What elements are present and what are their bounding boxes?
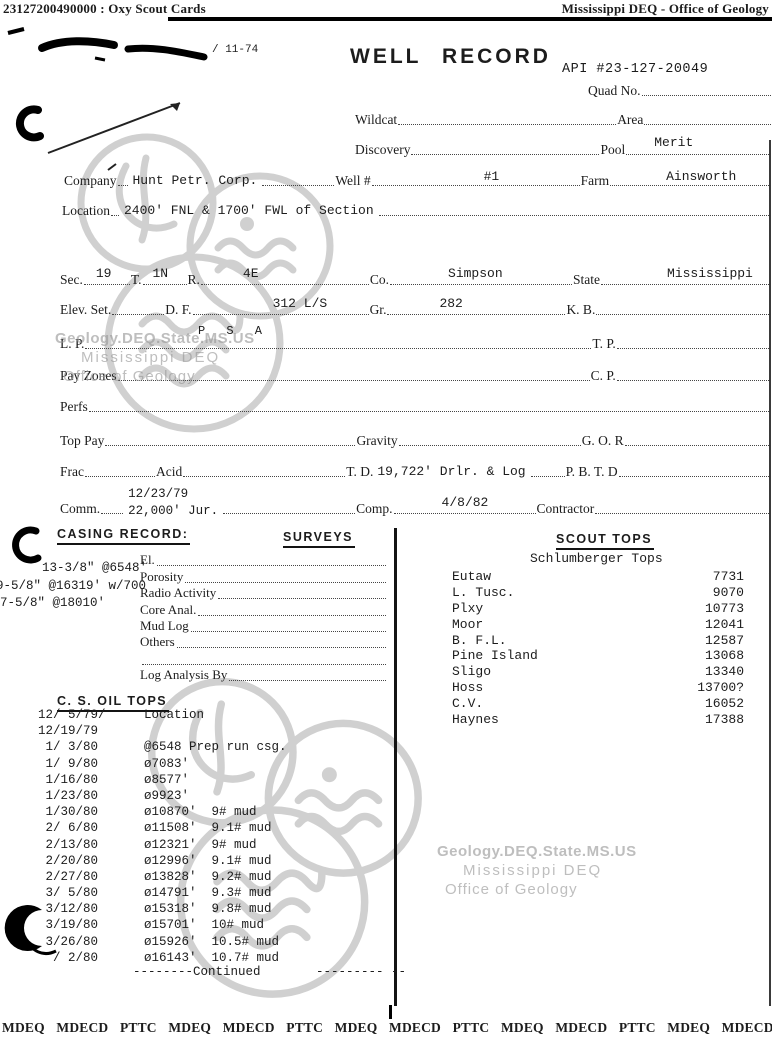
oil-top-date: 2/20/80 <box>38 854 130 870</box>
contractor-label: Contractor <box>537 502 595 517</box>
co-value: Simpson <box>448 266 503 281</box>
oil-top-note: ø15318' 9.8# mud <box>144 902 272 918</box>
elev-line <box>112 314 164 315</box>
oil-top-note: ø12321' 9# mud <box>144 838 257 854</box>
document-id: 23127200490000 : Oxy Scout Cards <box>3 1 206 17</box>
oil-top-note: ø14791' 9.3# mud <box>144 886 272 902</box>
scout-top-row: Plxy 10773 <box>452 601 744 617</box>
well-no-label: Well # <box>335 174 370 189</box>
survey-line <box>191 631 386 632</box>
scout-top-row: Hoss 13700? <box>452 680 744 696</box>
field-row-location: Location 2400' FNL & 1700' FWL of Sectio… <box>62 203 772 219</box>
oil-top-note: ø12996' 9.1# mud <box>144 854 272 870</box>
scout-top-row: Eutaw 7731 <box>452 569 744 585</box>
comm-date: 12/23/79 <box>128 486 218 503</box>
formation-depth: 10773 <box>705 601 744 617</box>
formation-name: Moor <box>452 617 483 633</box>
df-line: 312 L/S <box>193 314 369 315</box>
farm-label: Farm <box>581 174 610 189</box>
cp-label: C. P. <box>591 369 616 384</box>
scout-top-row: B. F.L. 12587 <box>452 633 744 649</box>
comp-line: 4/8/82 <box>394 513 536 514</box>
formation-depth: 7731 <box>713 569 744 585</box>
acid-line <box>183 476 345 477</box>
quad-label: Quad No. <box>588 84 641 99</box>
oil-top-note: ø9923' <box>144 789 189 805</box>
field-row-perfs: Perfs <box>60 400 772 415</box>
company-label: Company <box>64 174 117 189</box>
r-line: 4E <box>201 284 369 285</box>
watermark-org: Mississippi DEQ <box>463 862 637 879</box>
oil-top-row: 3/ 5/80 ø14791' 9.3# mud <box>38 886 388 902</box>
scout-top-row: L. Tusc. 9070 <box>452 585 744 601</box>
oil-top-note: ø10870' 9# mud <box>144 805 257 821</box>
oil-top-row: 1/ 3/80 @6548 Prep run csg. <box>38 740 388 756</box>
pool-line: Merit <box>626 154 772 155</box>
oil-top-date: 2/ 6/80 <box>38 821 130 837</box>
wildcat-line <box>398 124 616 125</box>
acid-label: Acid <box>156 465 182 480</box>
well-no-line: #1 <box>372 185 580 186</box>
t-line: 1N <box>143 284 187 285</box>
casing-record-list: 13-3/8" @6548'9-5/8" @16319' w/7007-5/8"… <box>0 560 147 613</box>
oil-top-date: 3/19/80 <box>38 918 130 934</box>
watermark-dept: Office of Geology <box>445 881 637 898</box>
survey-item: Core Anal. <box>140 601 386 617</box>
tp-label: T. P. <box>592 337 615 352</box>
discovery-label: Discovery <box>355 143 410 158</box>
formation-name: Pine Island <box>452 648 538 664</box>
td-label: T. D. <box>346 465 373 480</box>
oil-top-note: ø8577' <box>144 773 189 789</box>
t-label: T. <box>131 273 142 288</box>
header-rule <box>168 17 772 21</box>
sec-label: Sec. <box>60 273 83 288</box>
contractor-line <box>595 513 772 514</box>
pbtd-label: P. B. T. D <box>566 465 618 480</box>
survey-label: El. <box>140 552 155 568</box>
formation-name: Haynes <box>452 712 499 728</box>
scout-tops-table: Eutaw 7731 L. Tusc. 9070 Plxy 10773 Moor… <box>452 569 744 728</box>
df-label: D. F. <box>165 303 191 318</box>
sec-line: 19 <box>84 284 130 285</box>
formation-name: L. Tusc. <box>452 585 514 601</box>
scout-tops-subheading: Schlumberger Tops <box>530 551 663 566</box>
survey-line <box>177 647 386 648</box>
oil-top-row: 2/ 6/80 ø11508' 9.1# mud <box>38 821 388 837</box>
oil-top-note: ø15926' 10.5# mud <box>144 935 279 951</box>
footer-tick <box>389 1005 392 1019</box>
oil-top-date: 1/30/80 <box>38 805 130 821</box>
watermark-dept: Office of Geology <box>63 368 255 385</box>
survey-label: Porosity <box>140 569 183 585</box>
continued-label: --------Continued <box>133 965 261 979</box>
agency-title: Mississippi DEQ - Office of Geology <box>562 1 769 17</box>
pool-value: Merit <box>654 135 693 150</box>
formation-name: C.V. <box>452 696 483 712</box>
company-value: Hunt Petr. Corp. <box>133 173 258 188</box>
formation-depth: 12041 <box>705 617 744 633</box>
wildcat-label: Wildcat <box>355 113 397 128</box>
tp-line <box>617 348 772 349</box>
survey-line <box>198 615 386 616</box>
co-line: Simpson <box>390 284 572 285</box>
oil-top-note: ø15701' 10# mud <box>144 918 264 934</box>
oil-top-row: 12/ 5/79/ Location <box>38 708 388 724</box>
oil-top-note: @6548 Prep run csg. <box>144 740 287 756</box>
field-row-elevation: Elev. Set. D. F. 312 L/S Gr. 282 K. B. <box>60 303 772 318</box>
scout-card-page: 23127200490000 : Oxy Scout Cards Mississ… <box>0 0 772 1037</box>
watermark-text-lower: Geology.DEQ.State.MS.US Mississippi DEQ … <box>437 843 637 898</box>
field-row-discovery-pool: Discovery Pool Merit <box>355 143 772 158</box>
oil-tops-table: 12/ 5/79/ Location 12/19/79 1/ 3/80 @654… <box>38 708 388 967</box>
formation-depth: 12587 <box>705 633 744 649</box>
co-label: Co. <box>370 273 389 288</box>
kb-label: K. B. <box>566 303 595 318</box>
oil-top-date: 12/ 5/79/ <box>38 708 130 724</box>
comp-label: Comp. <box>356 502 392 517</box>
oil-top-note: ø7083' <box>144 757 189 773</box>
formation-depth: 9070 <box>713 585 744 601</box>
farm-line: Ainsworth <box>610 185 772 186</box>
oil-top-date: 1/23/80 <box>38 789 130 805</box>
scout-top-row: Sligo 13340 <box>452 664 744 680</box>
oil-top-row: 2/27/80 ø13828' 9.2# mud <box>38 870 388 886</box>
field-row-quad: Quad No. <box>588 84 772 99</box>
scout-top-row: Pine Island 13068 <box>452 648 744 664</box>
oil-top-date: 3/12/80 <box>38 902 130 918</box>
formation-depth: 13340 <box>705 664 744 680</box>
top-pay-label: Top Pay <box>60 434 104 449</box>
survey-item: Others <box>140 634 386 650</box>
perfs-line <box>89 411 772 412</box>
location-line-b <box>379 215 772 216</box>
oil-top-note: Location <box>144 708 204 724</box>
gor-label: G. O. R <box>582 434 624 449</box>
state-label: State <box>573 273 600 288</box>
r-value: 4E <box>243 266 259 281</box>
oil-top-date: 3/26/80 <box>38 935 130 951</box>
pbtd-line <box>619 476 772 477</box>
formation-name: Eutaw <box>452 569 491 585</box>
survey-line <box>142 664 386 665</box>
discovery-line <box>411 154 599 155</box>
oil-top-date: / 2/80 <box>38 951 130 967</box>
area-line <box>644 124 772 125</box>
survey-item <box>140 650 386 666</box>
gor-line <box>625 445 772 446</box>
continued-dashes: --------- -- <box>316 965 406 979</box>
state-value: Mississippi <box>667 266 753 281</box>
oil-top-date: 2/13/80 <box>38 838 130 854</box>
survey-item: El. <box>140 552 386 568</box>
gr-line: 282 <box>387 314 565 315</box>
t-value: 1N <box>153 266 169 281</box>
pool-label: Pool <box>600 143 625 158</box>
quad-line <box>642 95 772 96</box>
oil-top-row: 2/13/80 ø12321' 9# mud <box>38 838 388 854</box>
surveys-heading: SURVEYS <box>283 530 355 548</box>
formation-name: Sligo <box>452 664 491 680</box>
elev-label: Elev. Set. <box>60 303 111 318</box>
casing-line: 13-3/8" @6548' <box>42 560 147 578</box>
scout-top-row: C.V. 16052 <box>452 696 744 712</box>
formation-depth: 13700? <box>697 680 744 696</box>
location-value: 2400' FNL & 1700' FWL of Section <box>124 203 374 218</box>
gravity-label: Gravity <box>356 434 397 449</box>
oil-top-note: ø11508' 9.1# mud <box>144 821 272 837</box>
api-number: API #23-127-20049 <box>562 62 708 77</box>
oil-top-date: 2/27/80 <box>38 870 130 886</box>
formation-depth: 16052 <box>705 696 744 712</box>
survey-label: Log Analysis By <box>140 667 227 683</box>
formation-name: Hoss <box>452 680 483 696</box>
oil-top-date: 3/ 5/80 <box>38 886 130 902</box>
formation-depth: 13068 <box>705 648 744 664</box>
field-row-comm-comp: Comm. 12/23/79 22,000' Jur. Comp. 4/8/82… <box>60 486 772 517</box>
formation-name: Plxy <box>452 601 483 617</box>
scout-top-row: Moor 12041 <box>452 617 744 633</box>
state-line: Mississippi <box>601 284 772 285</box>
oil-top-row: 1/16/80 ø8577' <box>38 773 388 789</box>
scout-tops-heading: SCOUT TOPS <box>556 532 654 550</box>
oil-top-date: 12/19/79 <box>38 724 130 740</box>
section-divider <box>394 528 397 1006</box>
gr-value: 282 <box>439 296 462 311</box>
casing-line: 7-5/8" @18010' <box>0 595 147 613</box>
field-row-frac-td: Frac Acid T. D. 19,722' Drlr. & Log P. B… <box>60 464 772 480</box>
comm-line-a <box>101 513 123 514</box>
field-row-company: Company Hunt Petr. Corp. Well # #1 Farm … <box>64 173 772 189</box>
field-row-section: Sec. 19 T. 1N R. 4E Co. Simpson State Mi… <box>60 273 772 288</box>
formation-depth: 17388 <box>705 712 744 728</box>
survey-item: Porosity <box>140 568 386 584</box>
survey-line <box>157 565 386 566</box>
watermark-url: Geology.DEQ.State.MS.US <box>55 330 255 347</box>
casing-line: 9-5/8" @16319' w/700 <box>0 578 147 596</box>
oil-top-date: 1/ 9/80 <box>38 757 130 773</box>
oil-top-row: 12/19/79 <box>38 724 388 740</box>
survey-line <box>229 680 386 681</box>
oil-top-note: ø13828' 9.2# mud <box>144 870 272 886</box>
gr-label: Gr. <box>370 303 387 318</box>
survey-item: Radio Activity <box>140 585 386 601</box>
well-no-value: #1 <box>484 169 500 184</box>
oil-top-row: 1/30/80 ø10870' 9# mud <box>38 805 388 821</box>
handwritten-date: / 11-74 <box>212 44 258 56</box>
location-line-a <box>111 215 119 216</box>
oil-top-row: 3/19/80 ø15701' 10# mud <box>38 918 388 934</box>
field-row-wildcat-area: Wildcat Area <box>355 113 772 128</box>
scout-top-row: Haynes 17388 <box>452 712 744 728</box>
perfs-label: Perfs <box>60 400 88 415</box>
farm-value: Ainsworth <box>666 169 736 184</box>
company-line-a <box>118 185 128 186</box>
oil-top-date: 1/16/80 <box>38 773 130 789</box>
location-label: Location <box>62 204 110 219</box>
watermark-text-upper: Geology.DEQ.State.MS.US Mississippi DEQ … <box>55 330 255 385</box>
td-line <box>531 476 565 477</box>
page-edge-line <box>769 140 771 1006</box>
frac-line <box>85 476 155 477</box>
field-row-toppay: Top Pay Gravity G. O. R <box>60 434 772 449</box>
survey-label: Radio Activity <box>140 585 216 601</box>
td-value: 19,722' Drlr. & Log <box>377 464 525 479</box>
sec-value: 19 <box>96 266 112 281</box>
gravity-line <box>399 445 581 446</box>
viewer-footer: MDEQ MDECD PTTC MDEQ MDECD PTTC MDEQ MDE… <box>2 1020 772 1036</box>
viewer-header: 23127200490000 : Oxy Scout Cards Mississ… <box>3 1 769 17</box>
top-pay-line <box>105 445 355 446</box>
watermark-url: Geology.DEQ.State.MS.US <box>437 843 637 860</box>
survey-item: Log Analysis By <box>140 667 386 683</box>
company-line-b <box>262 185 334 186</box>
survey-item: Mud Log <box>140 618 386 634</box>
oil-top-row: 1/23/80 ø9923' <box>38 789 388 805</box>
watermark-org: Mississippi DEQ <box>81 349 255 366</box>
comm-label: Comm. <box>60 502 100 517</box>
comp-value: 4/8/82 <box>442 495 489 510</box>
form-title: WELL RECORD <box>350 45 551 69</box>
survey-label: Others <box>140 634 175 650</box>
oil-top-row: 1/ 9/80 ø7083' <box>38 757 388 773</box>
df-value: 312 L/S <box>273 296 328 311</box>
survey-label: Core Anal. <box>140 602 196 618</box>
area-label: Area <box>617 113 643 128</box>
oil-top-row: 3/12/80 ø15318' 9.8# mud <box>38 902 388 918</box>
formation-name: B. F.L. <box>452 633 507 649</box>
survey-line <box>185 582 386 583</box>
oil-top-row: 3/26/80 ø15926' 10.5# mud <box>38 935 388 951</box>
frac-label: Frac <box>60 465 84 480</box>
oil-top-row: 2/20/80 ø12996' 9.1# mud <box>38 854 388 870</box>
comm-line-b <box>223 513 355 514</box>
r-label: R. <box>188 273 200 288</box>
survey-label: Mud Log <box>140 618 189 634</box>
surveys-list: El. Porosity Radio Activity Core Anal. M… <box>140 552 386 683</box>
oil-top-date: 1/ 3/80 <box>38 740 130 756</box>
survey-line <box>218 598 386 599</box>
comm-depth: 22,000' Jur. <box>128 503 218 520</box>
kb-line <box>596 314 772 315</box>
comm-value: 12/23/79 22,000' Jur. <box>128 486 218 520</box>
casing-record-heading: CASING RECORD: <box>57 527 190 545</box>
cp-line <box>617 380 772 381</box>
